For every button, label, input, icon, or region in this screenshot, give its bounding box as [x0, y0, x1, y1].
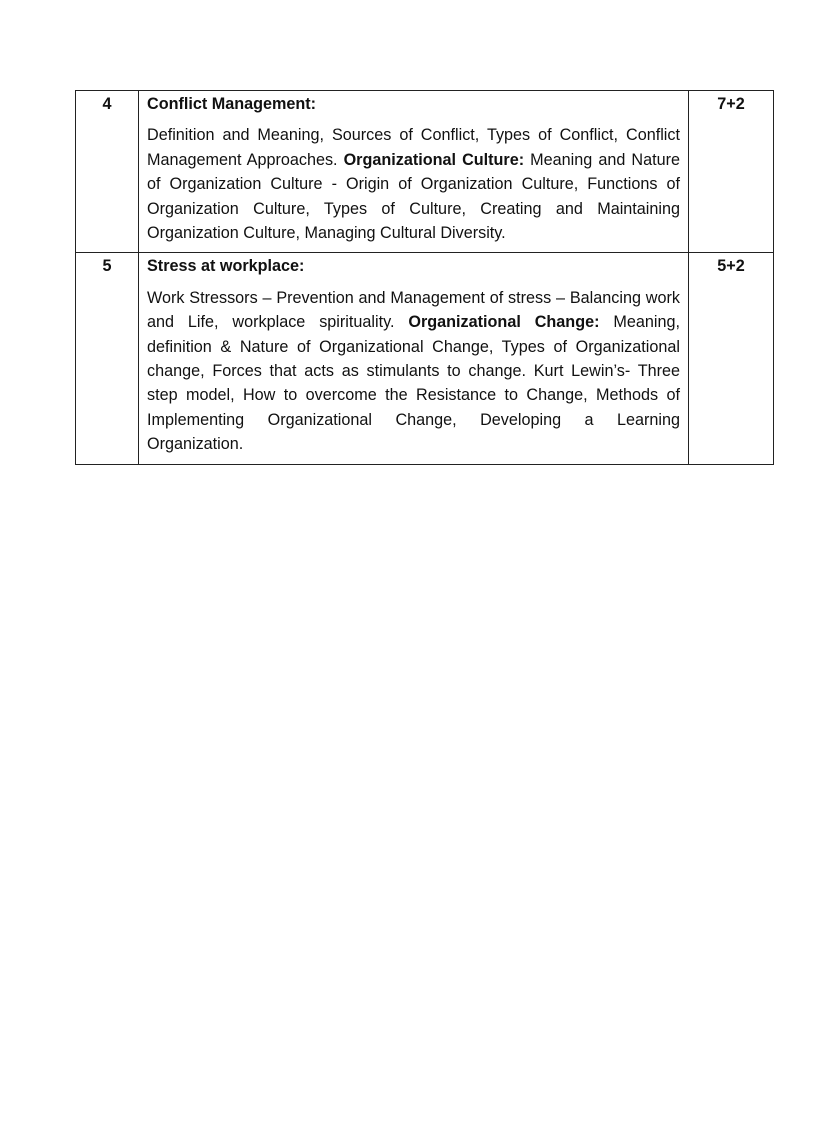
unit-hours: 7+2 — [689, 91, 774, 253]
description-text: Meaning, definition & Nature of Organiza… — [147, 313, 680, 453]
unit-title: Conflict Management: — [147, 92, 680, 116]
unit-hours: 5+2 — [689, 253, 774, 464]
description-subheading: Organizational Change: — [408, 313, 599, 331]
unit-number: 4 — [76, 91, 139, 253]
table-row: 4 Conflict Management: Definition and Me… — [76, 91, 774, 253]
table-row: 5 Stress at workplace: Work Stressors – … — [76, 253, 774, 464]
unit-content: Stress at workplace: Work Stressors – Pr… — [139, 253, 689, 464]
unit-description: Work Stressors – Prevention and Manageme… — [147, 286, 680, 457]
unit-content: Conflict Management: Definition and Mean… — [139, 91, 689, 253]
description-subheading: Organizational Culture: — [344, 151, 525, 169]
unit-description: Definition and Meaning, Sources of Confl… — [147, 123, 680, 245]
unit-title: Stress at workplace: — [147, 254, 680, 278]
unit-number: 5 — [76, 253, 139, 464]
syllabus-table: 4 Conflict Management: Definition and Me… — [75, 90, 774, 465]
